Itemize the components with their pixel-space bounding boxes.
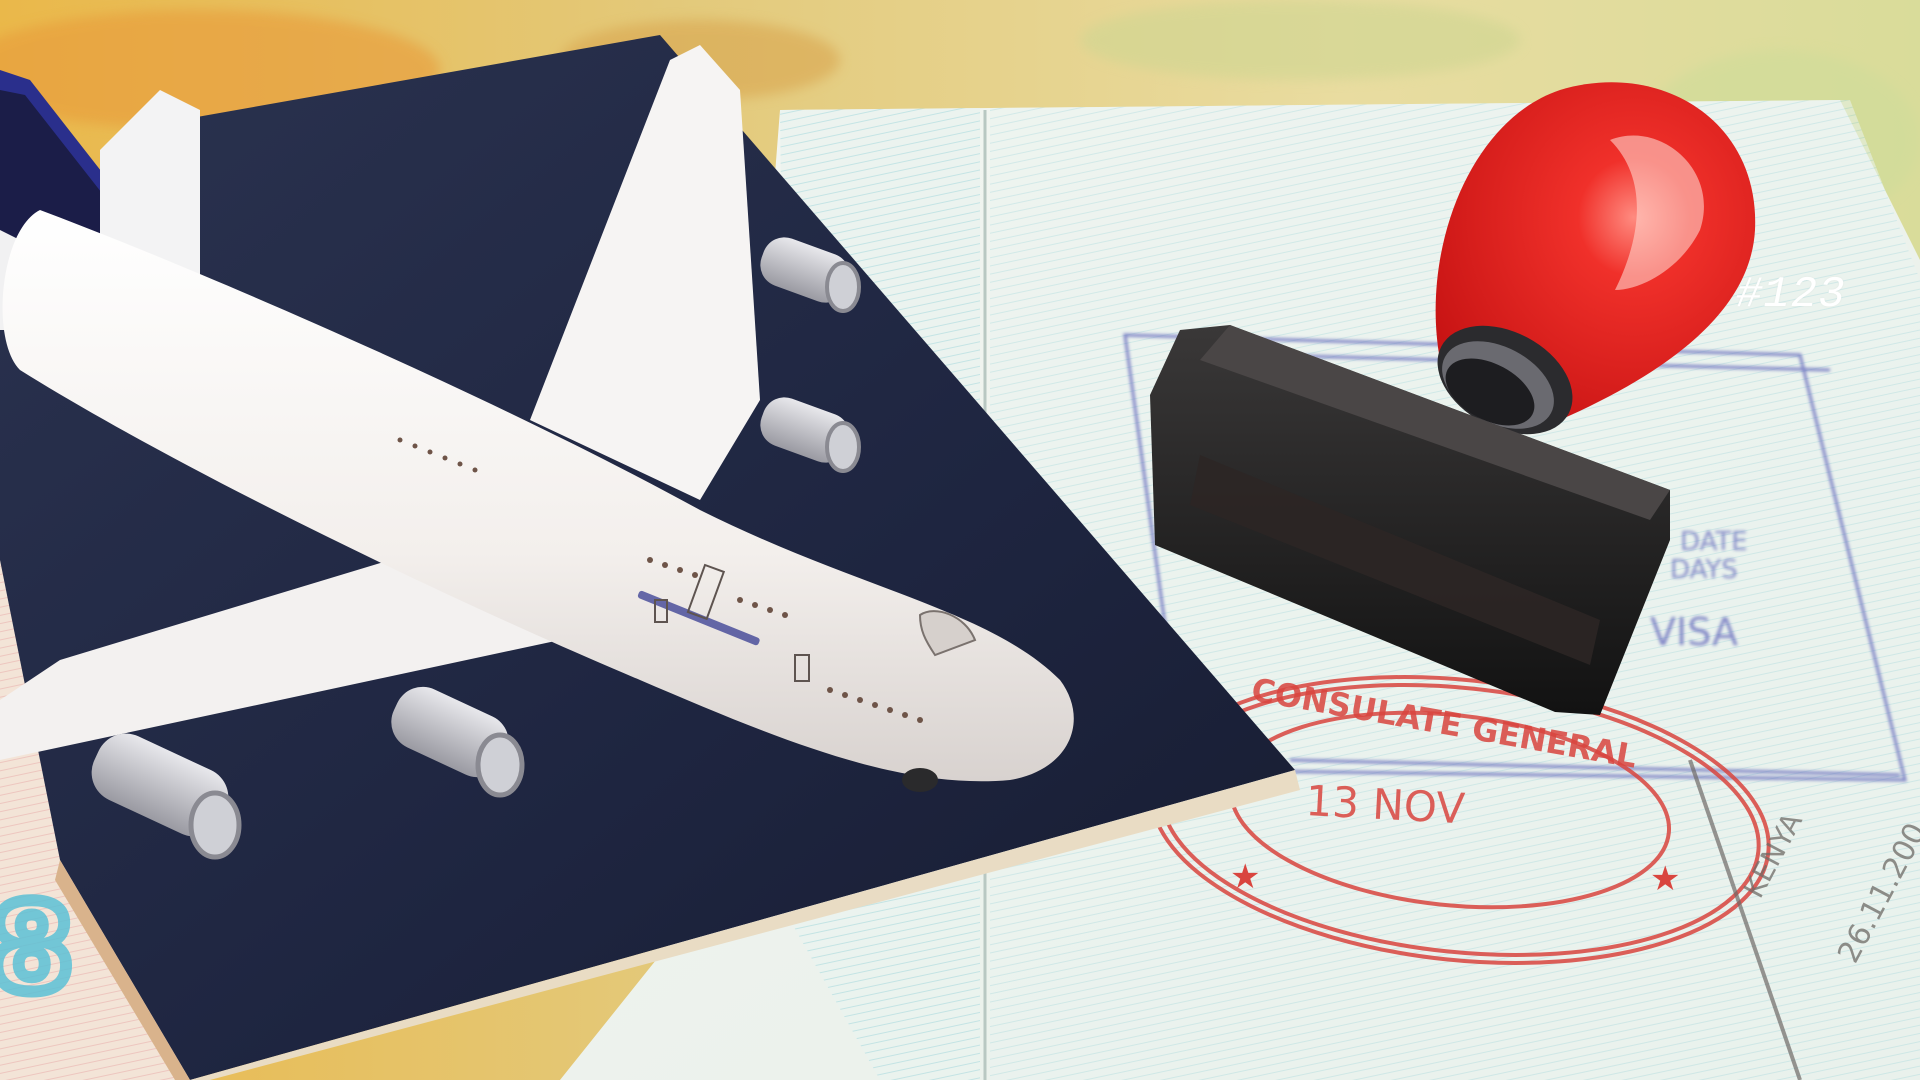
photo-scene: 8 DATE DAYS VISA CONSULATE GENERAL 13 NO…: [0, 0, 1920, 1080]
star-icon: ★: [1230, 858, 1260, 896]
visa-days-label: DAYS: [1670, 555, 1738, 585]
photo-illustration: 8 DATE DAYS VISA CONSULATE GENERAL 13 NO…: [0, 0, 1920, 1080]
page-number: 8: [0, 880, 74, 1019]
image-tag-overlay: #123: [1736, 270, 1846, 320]
visa-label: VISA: [1650, 610, 1738, 654]
consulate-date-text: 13 NOV: [1304, 776, 1466, 833]
visa-date-label: DATE: [1680, 527, 1748, 557]
star-icon: ★: [1650, 860, 1680, 898]
